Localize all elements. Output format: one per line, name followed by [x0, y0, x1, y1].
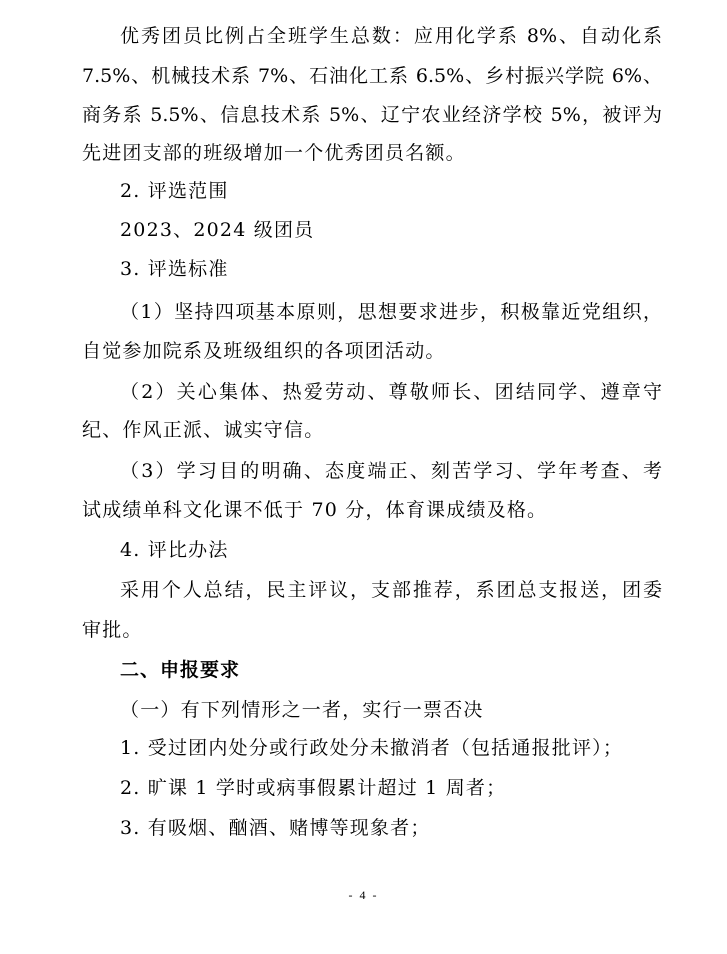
- criteria-item-1-cont: 自觉参加院系及班级组织的各项团活动。: [82, 339, 662, 363]
- document-page: 优秀团员比例占全班学生总数：应用化学系 8%、自动化系 7.5%、机械技术系 7…: [0, 0, 727, 954]
- paragraph-excellent-member-ratio: 优秀团员比例占全班学生总数：应用化学系 8%、自动化系: [120, 24, 662, 48]
- paragraph-evaluation-method-cont: 审批。: [82, 618, 662, 642]
- criteria-item-3: （3）学习目的明确、态度端正、刻苦学习、学年考查、考: [120, 459, 662, 483]
- paragraph-scope-value: 2023、2024 级团员: [120, 218, 662, 242]
- heading-selection-criteria: 3. 评选标准: [120, 257, 662, 281]
- criteria-item-1: （1）坚持四项基本原则，思想要求进步，积极靠近党组织，: [120, 300, 662, 324]
- section-heading-application-requirements: 二、申报要求: [120, 658, 662, 682]
- veto-item-1: 1. 受过团内处分或行政处分未撤消者（包括通报批评）；: [120, 736, 662, 760]
- veto-item-3: 3. 有吸烟、酗酒、赌博等现象者；: [120, 816, 662, 840]
- heading-evaluation-method: 4. 评比办法: [120, 538, 662, 562]
- subsection-heading-veto: （一）有下列情形之一者，实行一票否决: [120, 698, 662, 722]
- paragraph-evaluation-method: 采用个人总结，民主评议，支部推荐，系团总支报送，团委: [120, 578, 662, 602]
- criteria-item-2-cont: 纪、作风正派、诚实守信。: [82, 418, 662, 442]
- criteria-item-3-cont: 试成绩单科文化课不低于 70 分，体育课成绩及格。: [82, 498, 662, 522]
- paragraph-line: 商务系 5.5%、信息技术系 5%、辽宁农业经济学校 5%，被评为: [82, 103, 662, 127]
- criteria-item-2: （2）关心集体、热爱劳动、尊敬师长、团结同学、遵章守: [120, 380, 662, 404]
- paragraph-line: 7.5%、机械技术系 7%、石油化工系 6.5%、乡村振兴学院 6%、: [82, 64, 662, 88]
- veto-item-2: 2. 旷课 1 学时或病事假累计超过 1 周者；: [120, 776, 662, 800]
- page-number: - 4 -: [0, 888, 727, 903]
- paragraph-line: 先进团支部的班级增加一个优秀团员名额。: [82, 141, 662, 165]
- heading-selection-scope: 2. 评选范围: [120, 179, 662, 203]
